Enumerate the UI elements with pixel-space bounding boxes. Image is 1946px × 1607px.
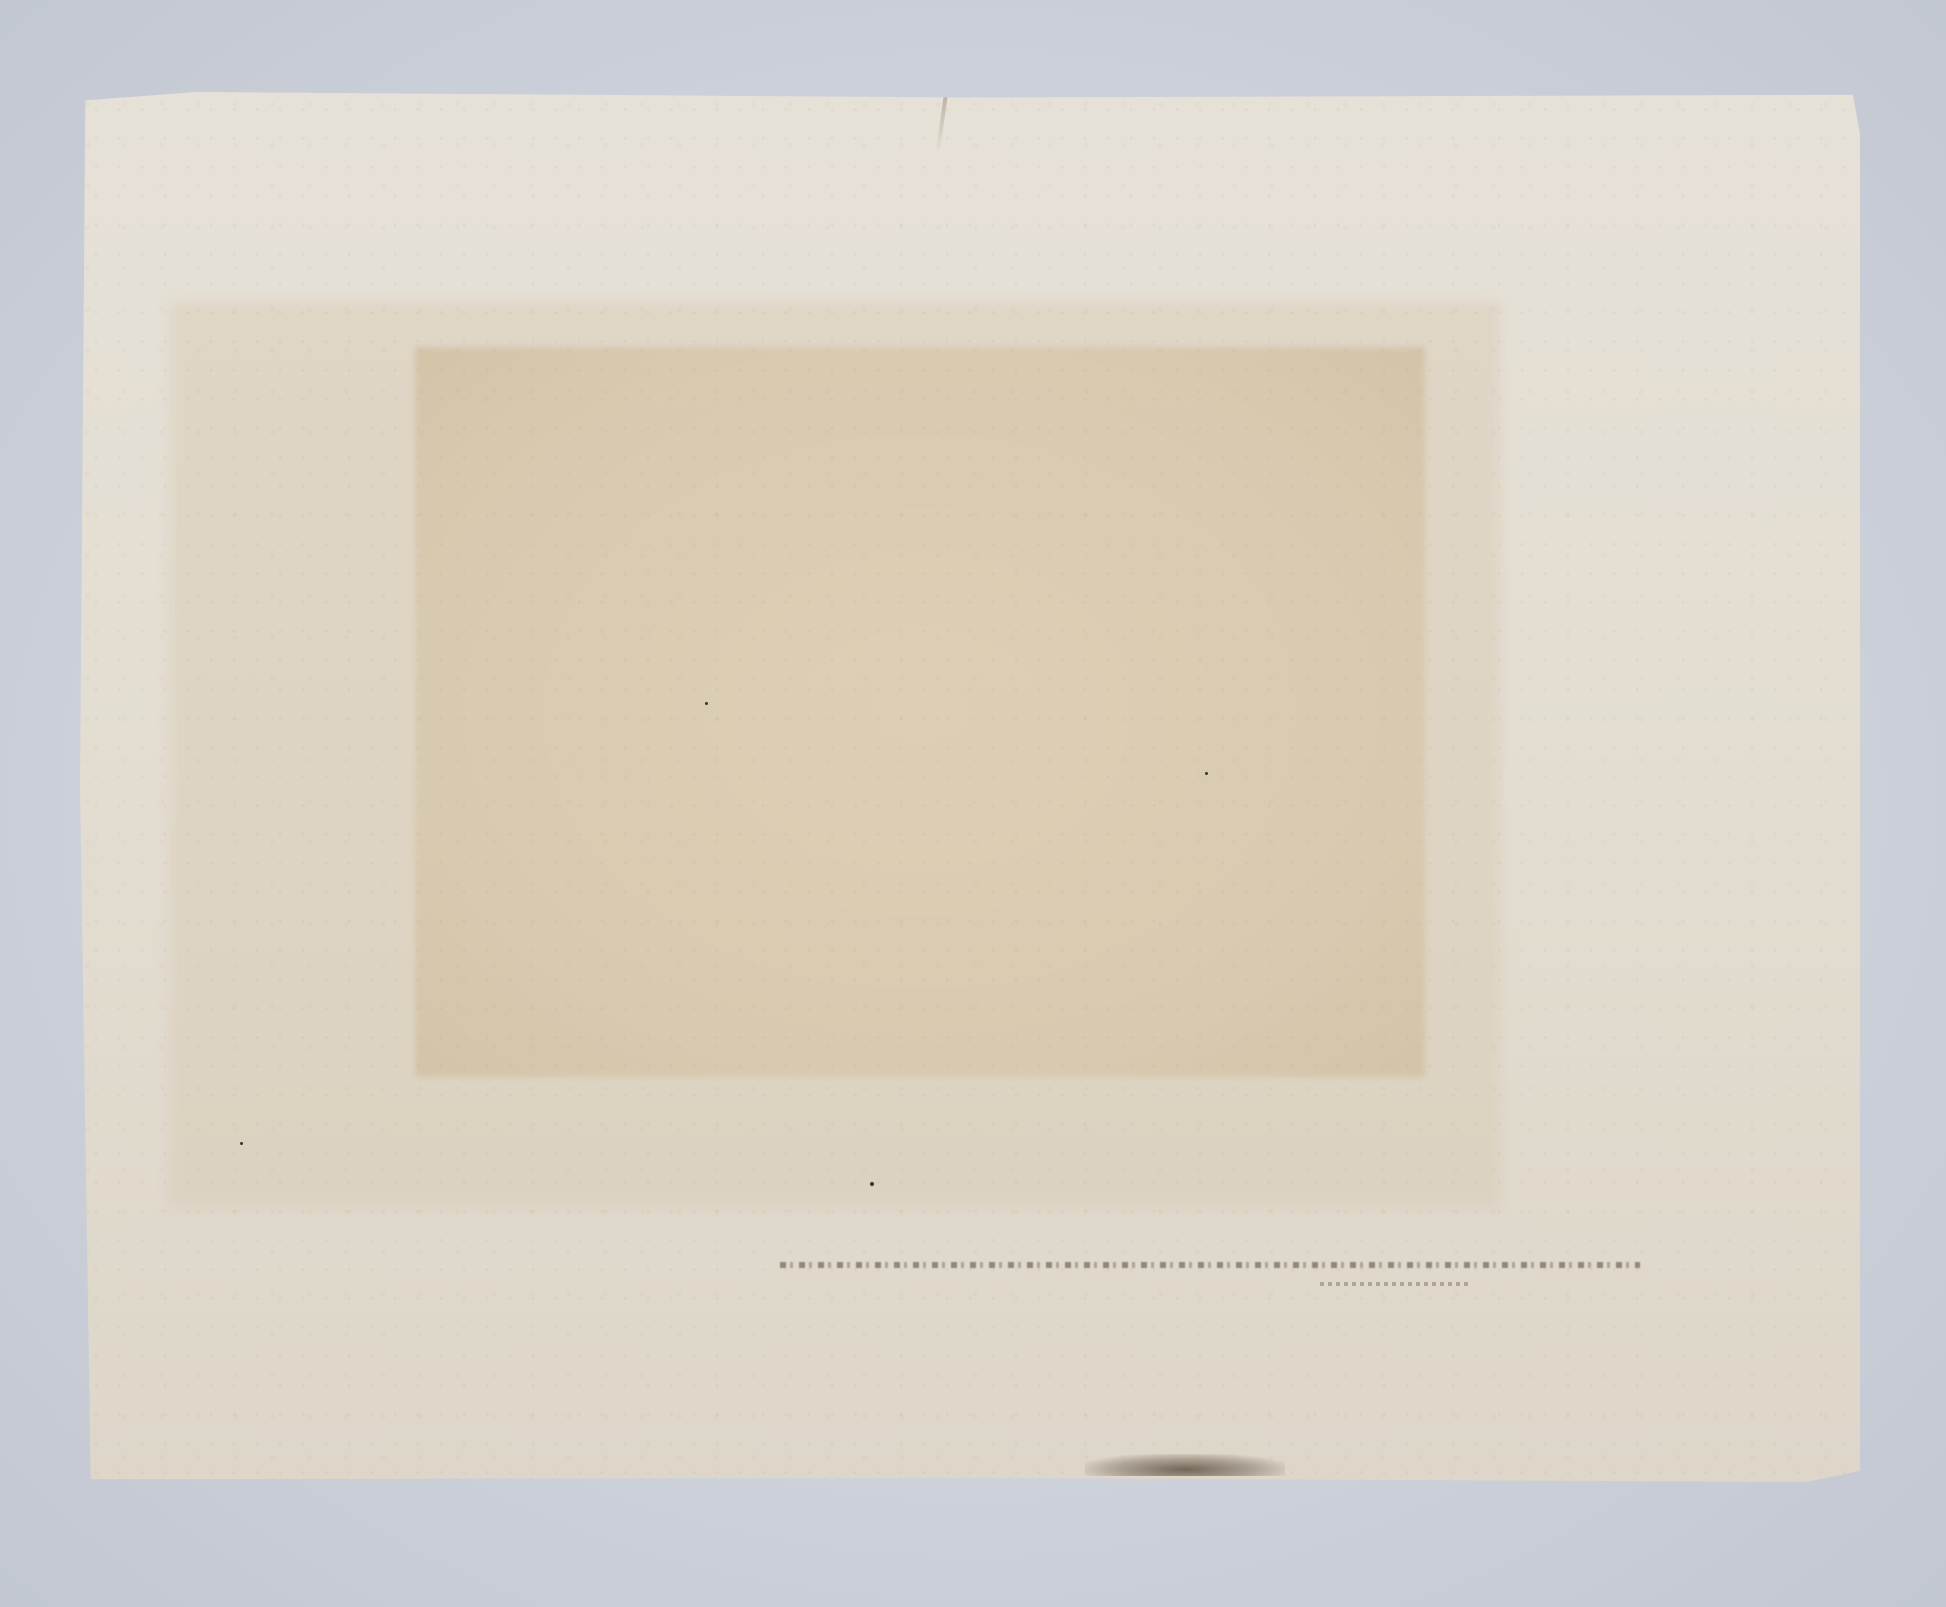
caption-ink-bleed [780,1262,1640,1268]
edge-stain [1085,1454,1285,1476]
paper-tear [936,92,948,152]
foxing-spot [1205,772,1208,775]
foxing-spot [870,1182,874,1186]
image-bleed-through [415,347,1425,1077]
caption-ink-bleed-secondary [1320,1282,1470,1286]
paper-sheet [80,92,1860,1482]
foxing-spot [240,1142,243,1145]
foxing-spot [705,702,708,705]
